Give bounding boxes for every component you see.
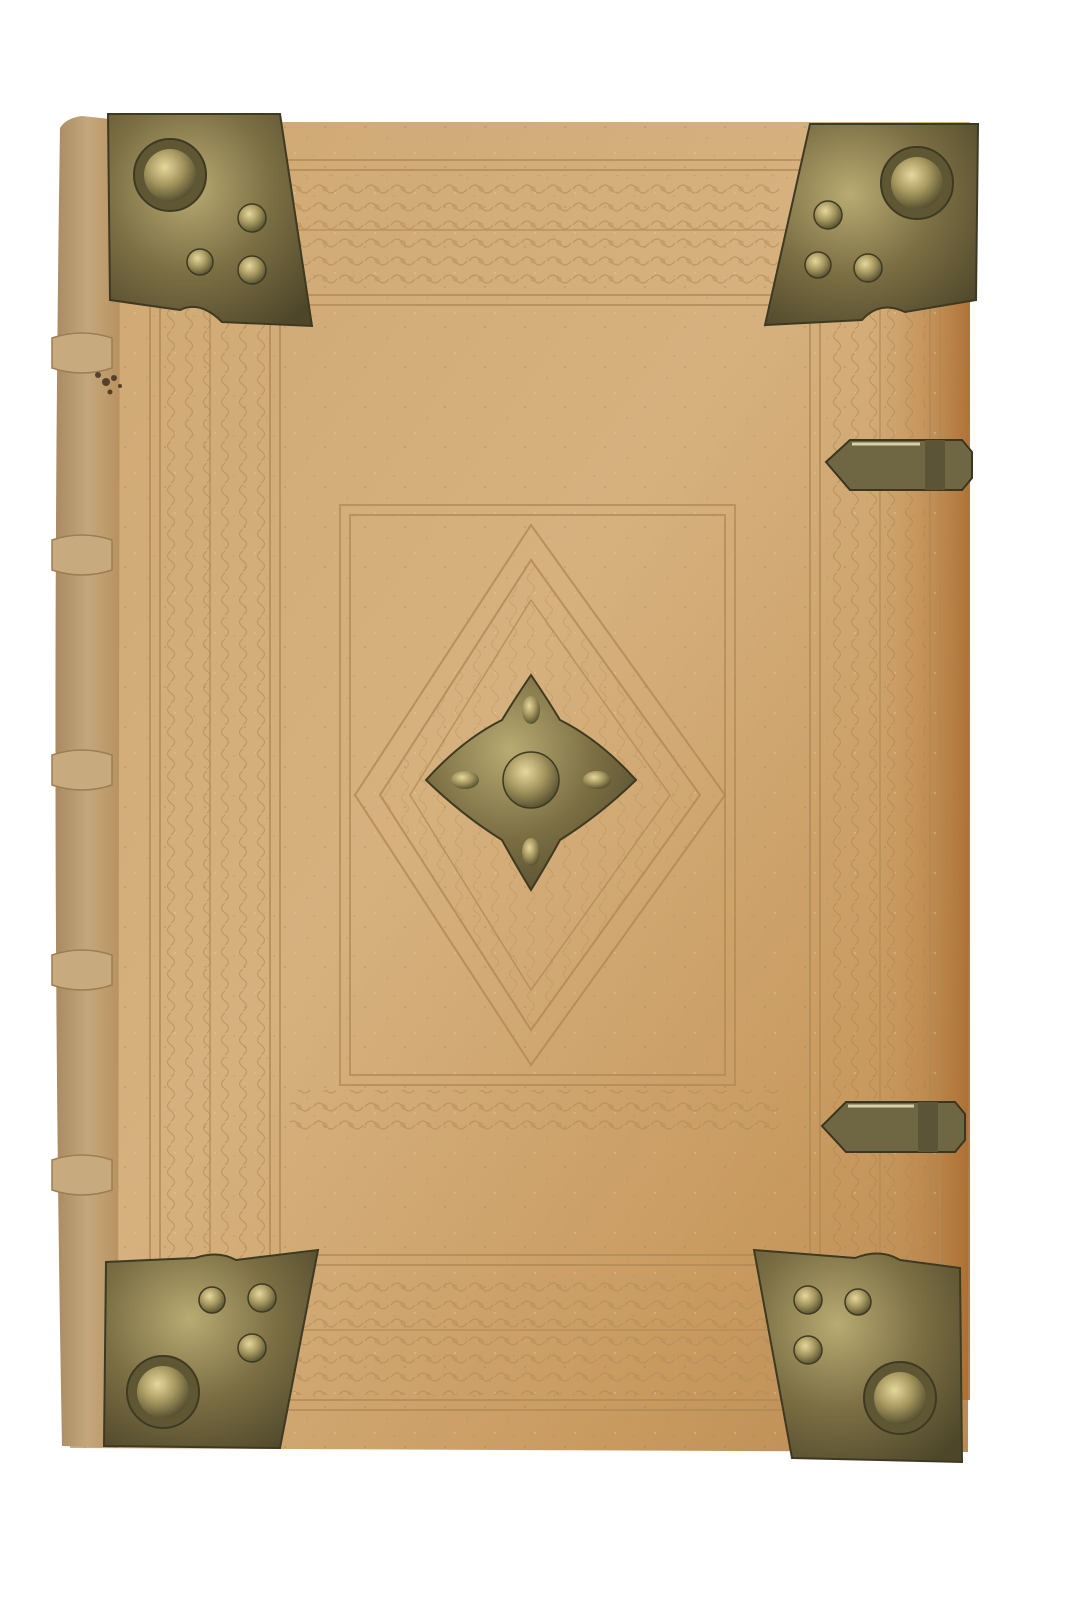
- corner-fitting-top-left: [108, 114, 312, 326]
- corner-fitting-bottom-left: [104, 1250, 318, 1448]
- book-photograph: [0, 0, 1066, 1600]
- book-illustration: [0, 0, 1066, 1600]
- clasp-upper: [826, 440, 972, 490]
- book-spine: [52, 116, 122, 1448]
- clasp-lower: [822, 1102, 965, 1152]
